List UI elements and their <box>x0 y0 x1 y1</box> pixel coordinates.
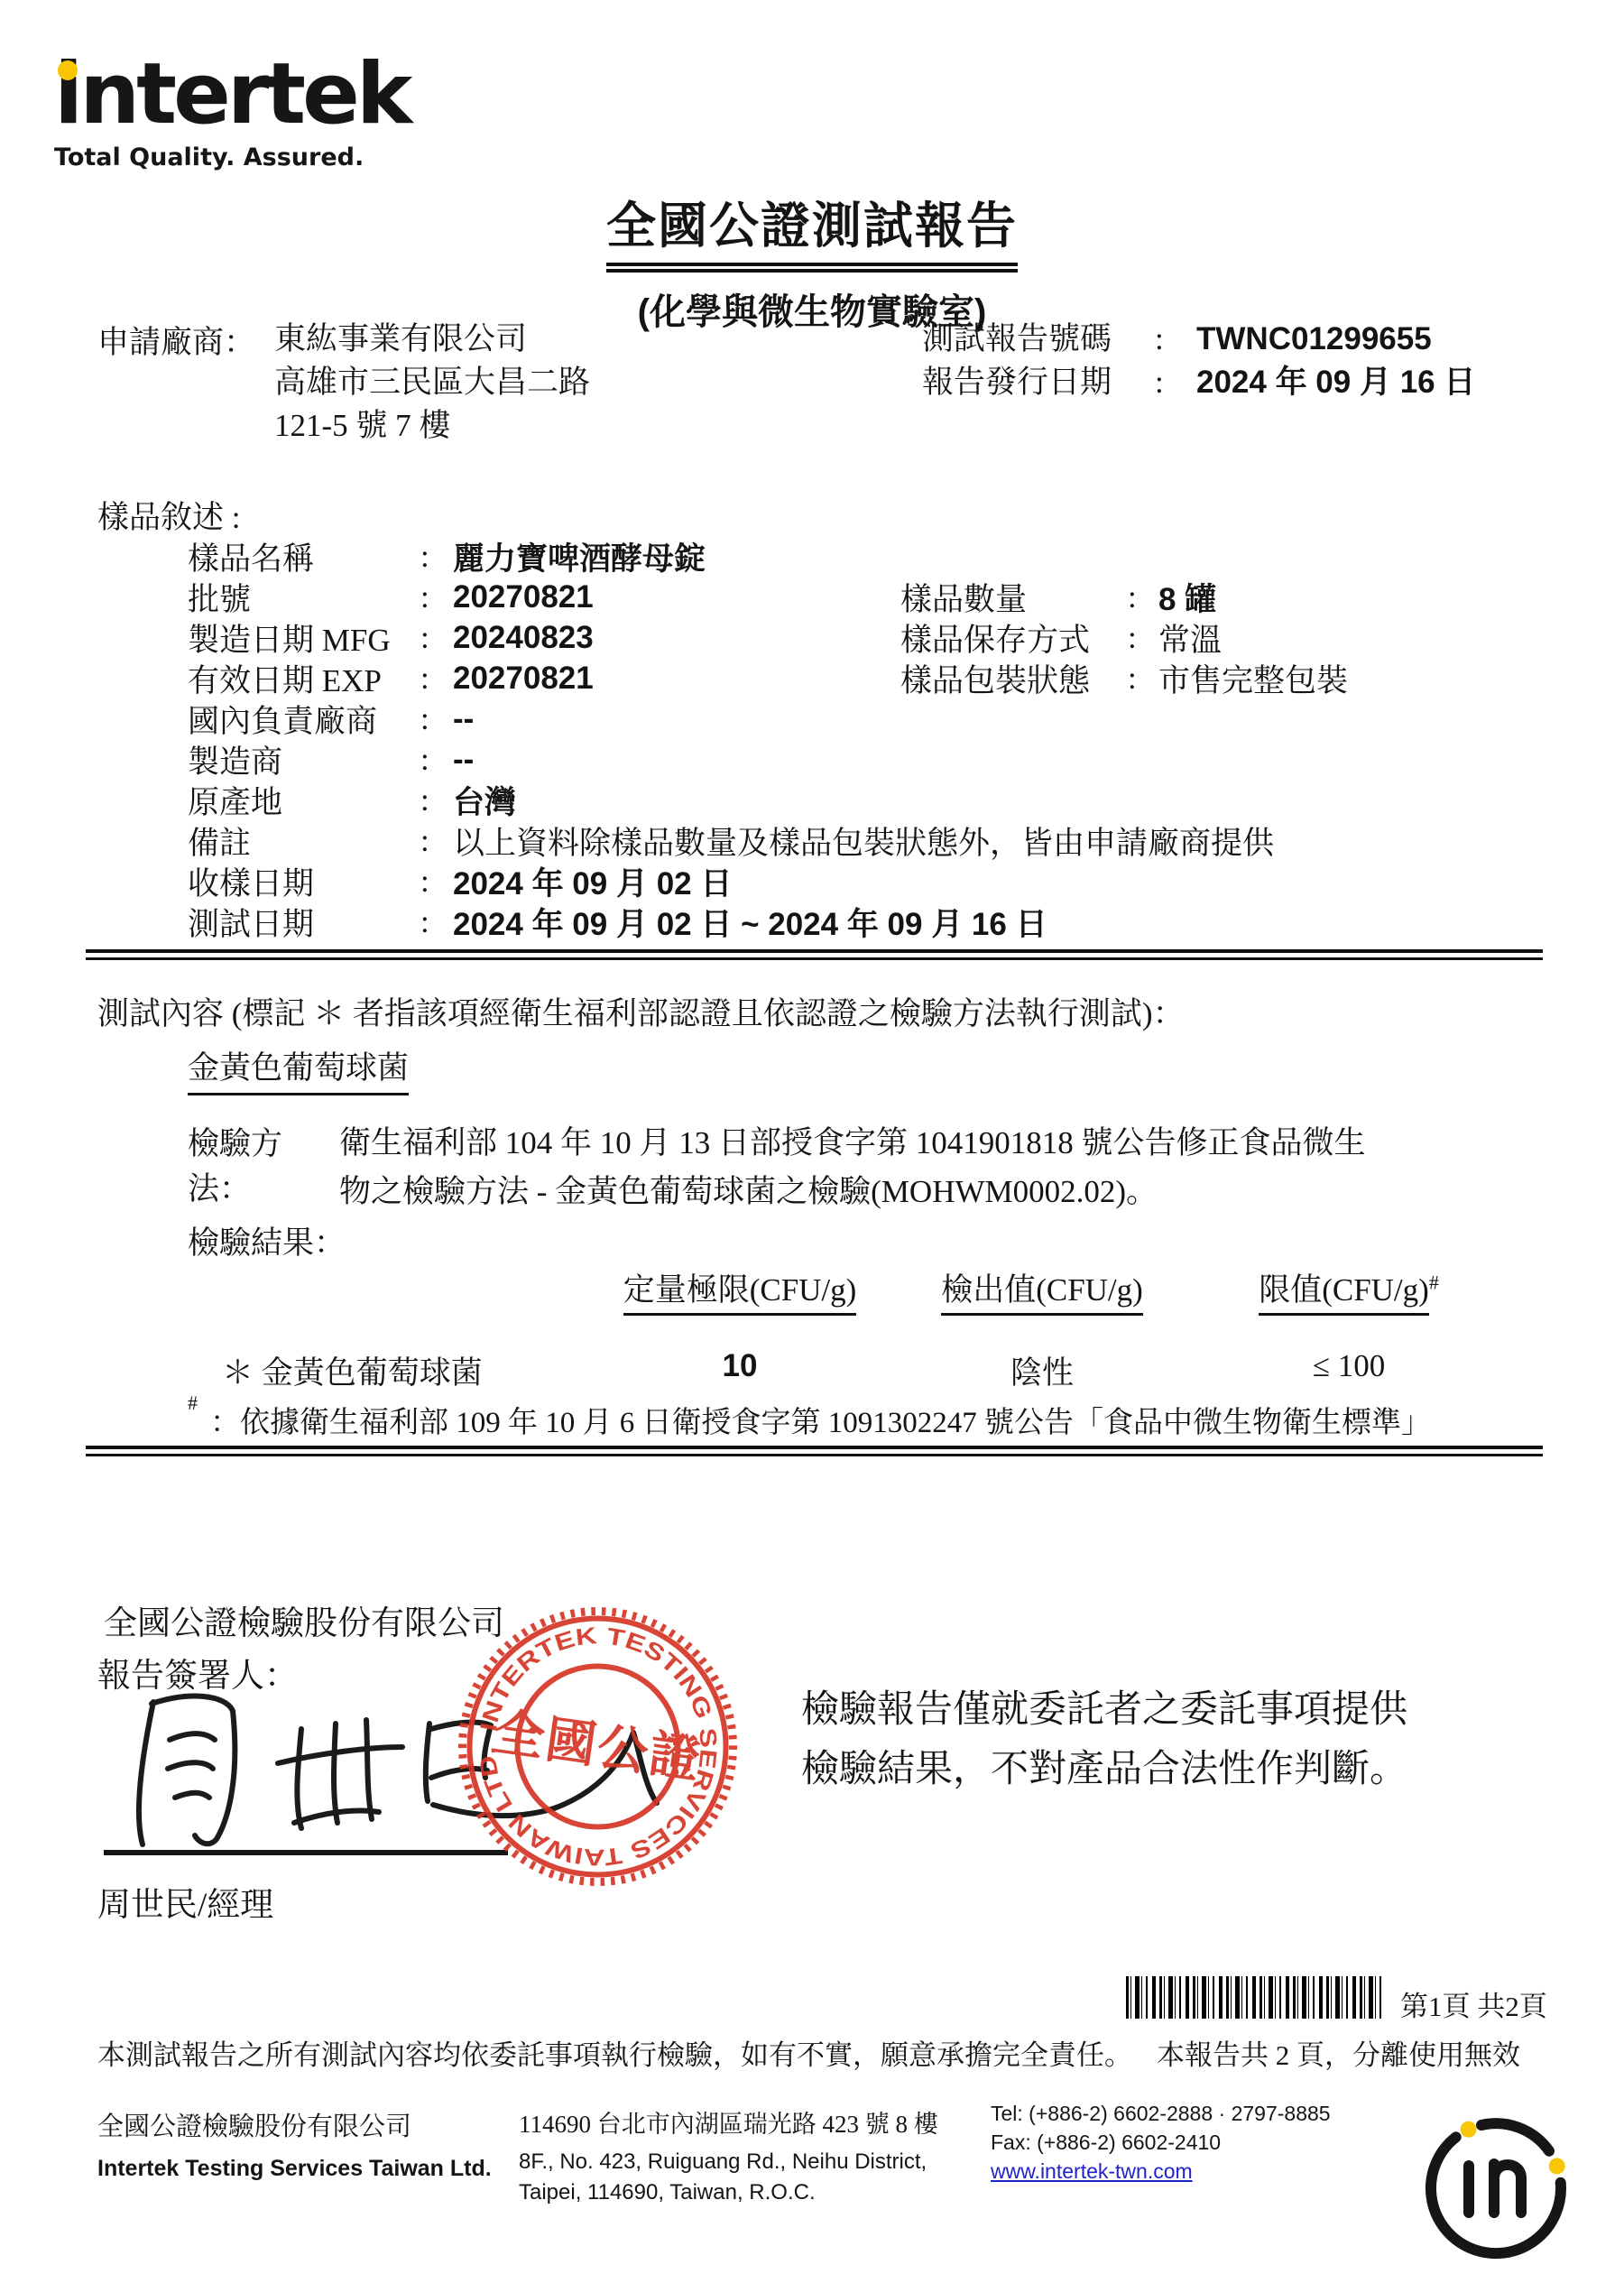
field-value: 麗力寶啤酒酵母錠 <box>453 534 706 579</box>
sample-fields-right: 樣品數量:8 罐 樣品保存方式:常溫 樣品包裝狀態:市售完整包裝 <box>900 577 1348 698</box>
column-header-loq: 定量極限(CFU/g) <box>586 1265 893 1310</box>
logo-yellow-dot-icon <box>58 60 78 80</box>
colon: : <box>420 539 453 575</box>
applicant-block: 申請廠商： 東紘事業有限公司 高雄市三民區大昌二路 121-5 號 7 樓 <box>97 318 590 448</box>
field-label: 測試日期 <box>188 900 420 945</box>
field-label: 樣品數量 <box>900 575 1128 620</box>
colon: : <box>420 782 453 818</box>
field-label: 製造日期 MFG <box>188 615 420 661</box>
test-method-block: 檢驗方法： 衛生福利部 104 年 10 月 13 日部授食字第 1041901… <box>188 1119 1366 1216</box>
intertek-wordmark: intertek <box>54 51 409 140</box>
field-value: 20270821 <box>453 661 594 697</box>
logo-tagline: Total Quality. Assured. <box>54 143 409 171</box>
colon: : <box>420 579 453 615</box>
colon: : <box>420 620 453 656</box>
page-number: 第1頁 共2頁 <box>1400 1983 1547 2024</box>
field-value: 台灣 <box>453 778 516 823</box>
signer-name-title: 周世民/經理 <box>97 1877 273 1926</box>
footer-tel: Tel: (+886-2) 6602-2888 · 2797-8885 <box>991 2099 1331 2128</box>
result-detected: 陰性 <box>893 1348 1191 1393</box>
method-text-line2: 物之檢驗方法 - 金黃色葡萄球菌之檢驗(MOHWM0002.02)。 <box>339 1168 1366 1216</box>
result-limit: ≤ 100 <box>1191 1348 1507 1393</box>
colon: : <box>420 661 453 697</box>
field-label: 備註 <box>188 818 420 864</box>
colon: : <box>420 864 453 900</box>
sample-field-row: 收樣日期:2024 年 09 月 02 日 <box>188 861 1274 901</box>
field-value: -- <box>453 742 474 778</box>
report-meta-block: 測試報告號碼 : TWNC01299655 報告發行日期 : 2024 年 09… <box>922 318 1475 404</box>
barcode <box>1126 1976 1384 2019</box>
validity-note: 本報告共 2 頁，分離使用無效 <box>1157 2032 1520 2073</box>
company-stamp: INTERTEK TESTING SERVICES TAIWAN LTD. 全國… <box>438 1586 759 1908</box>
applicant-address-1: 高雄市三民區大昌二路 <box>274 361 590 404</box>
sample-field-row: 測試日期:2024 年 09 月 02 日 ~ 2024 年 09 月 16 日 <box>188 901 1274 942</box>
colon: : <box>1155 318 1196 361</box>
header-spacer <box>153 1265 586 1310</box>
analyte-name: 金黃色葡萄球菌 <box>188 1043 409 1095</box>
footer-company-en: Intertek Testing Services Taiwan Ltd. <box>97 2156 492 2182</box>
field-label: 批號 <box>188 575 420 620</box>
colon: : <box>1155 361 1196 404</box>
sample-field-row: 樣品包裝狀態:市售完整包裝 <box>900 658 1348 698</box>
footer-website-link[interactable]: www.intertek-twn.com <box>991 2159 1193 2183</box>
report-page: intertek Total Quality. Assured. 全國公證測試報… <box>0 0 1624 2274</box>
in-mark-yellow-dot-right <box>1549 2158 1565 2174</box>
field-value: 2024 年 09 月 02 日 ~ 2024 年 09 月 16 日 <box>453 900 1047 945</box>
method-label: 檢驗方法： <box>188 1119 339 1216</box>
result-loq: 10 <box>586 1348 893 1393</box>
responsibility-note: 本測試報告之所有測試內容均依委託事項執行檢驗，如有不實，願意承擔完全責任。 <box>97 2032 1132 2073</box>
field-value: 以上資料除樣品數量及樣品包裝狀態外，皆由申請廠商提供 <box>453 818 1274 864</box>
results-table: 定量極限(CFU/g) 檢出值(CFU/g) 限值(CFU/g)# ＊ 金黃色葡… <box>153 1265 1516 1393</box>
results-label: 檢驗結果： <box>188 1218 346 1263</box>
field-value: -- <box>453 701 474 737</box>
field-value: 20270821 <box>453 579 594 615</box>
field-label: 國內負責廠商 <box>188 697 420 742</box>
field-label: 收樣日期 <box>188 859 420 904</box>
sample-field-row: 國內負責廠商:-- <box>188 698 1274 739</box>
standard-footnote: # ：依據衛生福利部 109 年 10 月 6 日衛授食字第 109130224… <box>188 1399 1431 1441</box>
column-header-limit: 限值(CFU/g)# <box>1191 1265 1507 1310</box>
applicant-name: 東紘事業有限公司 <box>274 318 590 361</box>
column-header-detected: 檢出值(CFU/g) <box>893 1265 1191 1310</box>
footer-address-en1: 8F., No. 423, Ruiguang Rd., Neihu Distri… <box>519 2147 938 2177</box>
disclaimer-statement: 檢驗報告僅就委託者之委託事項提供檢驗結果，不對產品合法性作判斷。 <box>801 1680 1433 1799</box>
colon: : <box>1128 620 1158 656</box>
colon: : <box>420 742 453 778</box>
intertek-logo: intertek Total Quality. Assured. <box>54 51 409 171</box>
result-analyte: ＊ 金黃色葡萄球菌 <box>153 1348 586 1393</box>
field-value: 20240823 <box>453 620 594 656</box>
colon: : <box>420 701 453 737</box>
footer-address-block: 114690 台北市內湖區瑞光路 423 號 8 樓 8F., No. 423,… <box>519 2104 938 2208</box>
colon: : <box>1128 661 1158 697</box>
field-label: 樣品保存方式 <box>900 615 1128 661</box>
footer-company-block: 全國公證檢驗股份有限公司 Intertek Testing Services T… <box>97 2106 492 2182</box>
title-block: 全國公證測試報告 (化學與微生物實驗室) <box>0 186 1624 335</box>
sample-section-heading: 樣品敘述 : <box>97 493 240 538</box>
colon: : <box>420 904 453 940</box>
sample-field-row: 樣品名稱:麗力寶啤酒酵母錠 <box>188 536 1274 577</box>
applicant-address-2: 121-5 號 7 樓 <box>274 404 590 448</box>
field-value: 市售完整包裝 <box>1158 656 1348 701</box>
field-value: 2024 年 09 月 02 日 <box>453 859 732 904</box>
results-table-row: ＊ 金黃色葡萄球菌 10 陰性 ≤ 100 <box>153 1348 1516 1393</box>
field-label: 樣品名稱 <box>188 534 420 579</box>
method-text-line1: 衛生福利部 104 年 10 月 13 日部授食字第 1041901818 號公… <box>339 1119 1366 1168</box>
sample-field-row: 製造商:-- <box>188 739 1274 780</box>
intertek-in-mark-icon <box>1406 2095 1591 2274</box>
sample-field-row: 樣品保存方式:常溫 <box>900 617 1348 658</box>
sample-field-row: 原產地:台灣 <box>188 780 1274 820</box>
field-label: 製造商 <box>188 737 420 782</box>
field-label: 樣品包裝狀態 <box>900 656 1128 701</box>
sample-field-row: 樣品數量:8 罐 <box>900 577 1348 617</box>
footer-fax: Fax: (+886-2) 6602-2410 <box>991 2128 1331 2157</box>
issuer-company-name: 全國公證檢驗股份有限公司 <box>104 1595 504 1644</box>
colon: : <box>420 823 453 859</box>
issue-date-label: 報告發行日期 <box>922 361 1155 404</box>
field-label: 原產地 <box>188 778 420 823</box>
applicant-label: 申請廠商： <box>97 318 274 448</box>
report-number-row: 測試報告號碼 : TWNC01299655 <box>922 318 1475 361</box>
test-content-intro: 測試內容 (標記 ＊ 者指該項經衛生福利部認證且依認證之檢驗方法執行測試)： <box>97 989 1185 1034</box>
field-value: 8 罐 <box>1158 575 1216 620</box>
sample-field-row: 備註:以上資料除樣品數量及樣品包裝狀態外，皆由申請廠商提供 <box>188 820 1274 861</box>
report-number-label: 測試報告號碼 <box>922 318 1155 361</box>
section-divider <box>86 1446 1543 1456</box>
field-value: 常溫 <box>1158 615 1222 661</box>
limit-footnote-marker: # <box>1429 1271 1439 1293</box>
issue-date-value: 2024 年 09 月 16 日 <box>1196 361 1475 404</box>
footer-address-zh: 114690 台北市內湖區瑞光路 423 號 8 樓 <box>519 2104 938 2140</box>
footnote-text: ：依據衛生福利部 109 年 10 月 6 日衛授食字第 1091302247 … <box>210 1399 1431 1441</box>
report-number-value: TWNC01299655 <box>1196 318 1432 361</box>
page-title: 全國公證測試報告 <box>606 186 1018 273</box>
colon: : <box>1128 579 1158 615</box>
footer-company-zh: 全國公證檢驗股份有限公司 <box>97 2106 492 2143</box>
in-mark-yellow-dot-top <box>1461 2121 1477 2138</box>
footer-contact-block: Tel: (+886-2) 6602-2888 · 2797-8885 Fax:… <box>991 2099 1331 2186</box>
footer-address-en2: Taipei, 114690, Taiwan, R.O.C. <box>519 2177 938 2208</box>
field-label: 有效日期 EXP <box>188 656 420 701</box>
section-divider <box>86 949 1543 960</box>
issue-date-row: 報告發行日期 : 2024 年 09 月 16 日 <box>922 361 1475 404</box>
results-table-header: 定量極限(CFU/g) 檢出值(CFU/g) 限值(CFU/g)# <box>153 1265 1516 1310</box>
footnote-marker: # <box>188 1391 198 1434</box>
